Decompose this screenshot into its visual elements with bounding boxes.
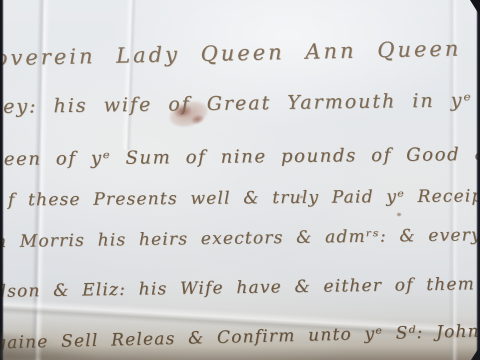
manuscript-photo: ſoverein Lady Queen Ann Queen of Great l… (0, 0, 480, 360)
paper-top-right-corner (470, 0, 480, 16)
manuscript-line-2: ley: his wife of Great Yarmouth in yᵉ Co… (0, 88, 480, 118)
manuscript-line-7: gaine Sell Releas & Confirm unto yᵉ Sᵈ: … (0, 319, 480, 354)
ink-speck (397, 213, 401, 216)
vertical-fold-crease-top (121, 0, 136, 150)
paper-bottom-right-corner (471, 346, 480, 360)
manuscript-line-5: n Morris his heirs exectors & admʳˢ: & e… (0, 224, 480, 252)
manuscript-line-3: teen of yᵉ Sum of nine pounds of Good & … (0, 143, 480, 170)
manuscript-line-6: dson & Eliz: his Wife have & either of t… (0, 272, 480, 302)
manuscript-line-1: ſoverein Lady Queen Ann Queen of Great (0, 34, 480, 71)
manuscript-line-4: f these Presents well & truly Paid yᵉ Re… (8, 186, 480, 211)
